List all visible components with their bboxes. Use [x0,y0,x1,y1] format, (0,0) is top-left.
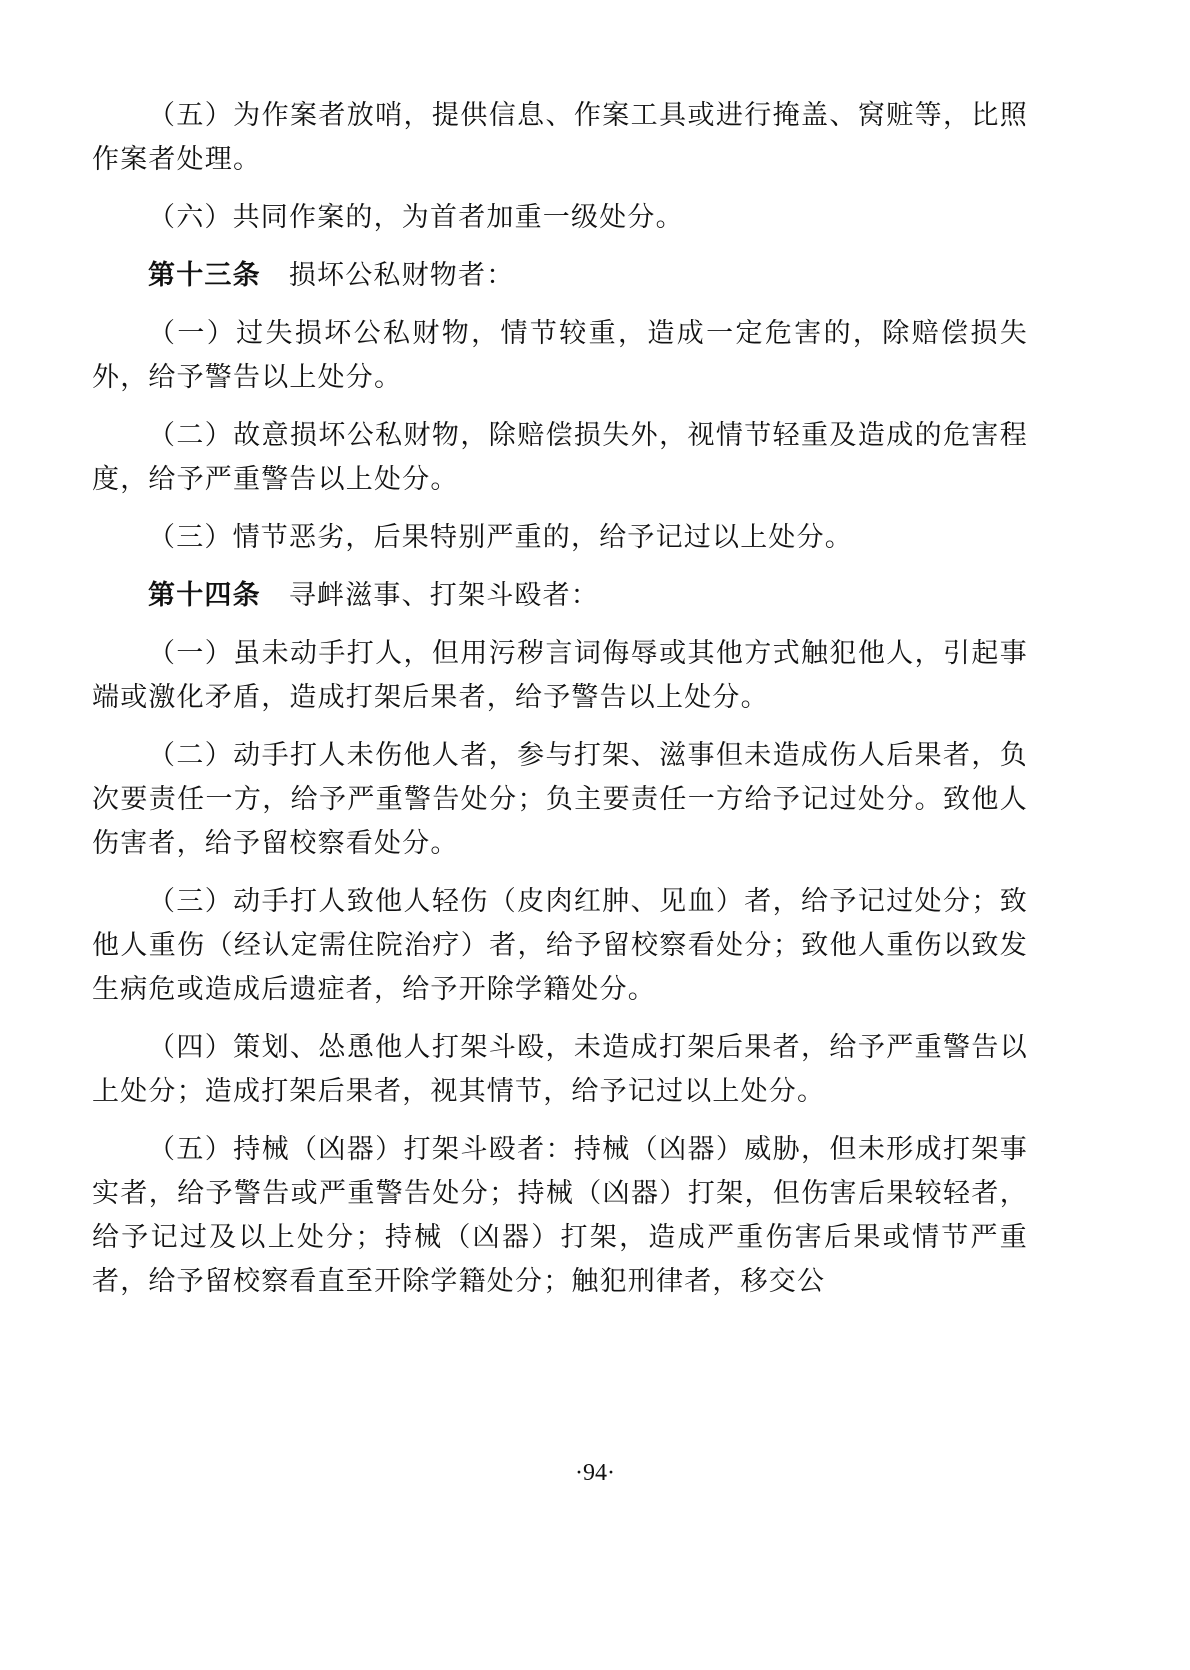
paragraph-article-14-item-5: （五）持械（凶器）打架斗殴者：持械（凶器）威胁，但未形成打架事实者，给予警告或严… [92,1128,1028,1304]
paragraph-article-14-item-3: （三）动手打人致他人轻伤（皮肉红肿、见血）者，给予记过处分；致他人重伤（经认定需… [92,880,1028,1012]
article-14-heading: 第十四条寻衅滋事、打架斗殴者： [92,574,1028,618]
article-title: 寻衅滋事、打架斗殴者： [289,580,599,611]
paragraph-article-13-item-2: （二）故意损坏公私财物，除赔偿损失外，视情节轻重及造成的危害程度，给予严重警告以… [92,414,1028,502]
paragraph-article-14-item-2: （二）动手打人未伤他人者，参与打架、滋事但未造成伤人后果者，负次要责任一方，给予… [92,734,1028,866]
article-number: 第十四条 [148,580,261,611]
paragraph-article-13-item-1: （一）过失损坏公私财物，情节较重，造成一定危害的，除赔偿损失外，给予警告以上处分… [92,312,1028,400]
paragraph-article-14-item-1: （一）虽未动手打人，但用污秽言词侮辱或其他方式触犯他人，引起事端或激化矛盾，造成… [92,632,1028,720]
document-body: （五）为作案者放哨，提供信息、作案工具或进行掩盖、窝赃等，比照作案者处理。 （六… [92,94,1028,1318]
paragraph-item-6-joint-crime: （六）共同作案的，为首者加重一级处分。 [92,196,1028,240]
article-title: 损坏公私财物者： [289,260,515,291]
paragraph-article-14-item-4: （四）策划、怂恿他人打架斗殴，未造成打架后果者，给予严重警告以上处分；造成打架后… [92,1026,1028,1114]
article-number: 第十三条 [148,260,261,291]
article-13-heading: 第十三条损坏公私财物者： [92,254,1028,298]
paragraph-item-5-accomplice: （五）为作案者放哨，提供信息、作案工具或进行掩盖、窝赃等，比照作案者处理。 [92,94,1028,182]
page-number: ·94· [0,1460,1190,1487]
paragraph-article-13-item-3: （三）情节恶劣，后果特别严重的，给予记过以上处分。 [92,516,1028,560]
